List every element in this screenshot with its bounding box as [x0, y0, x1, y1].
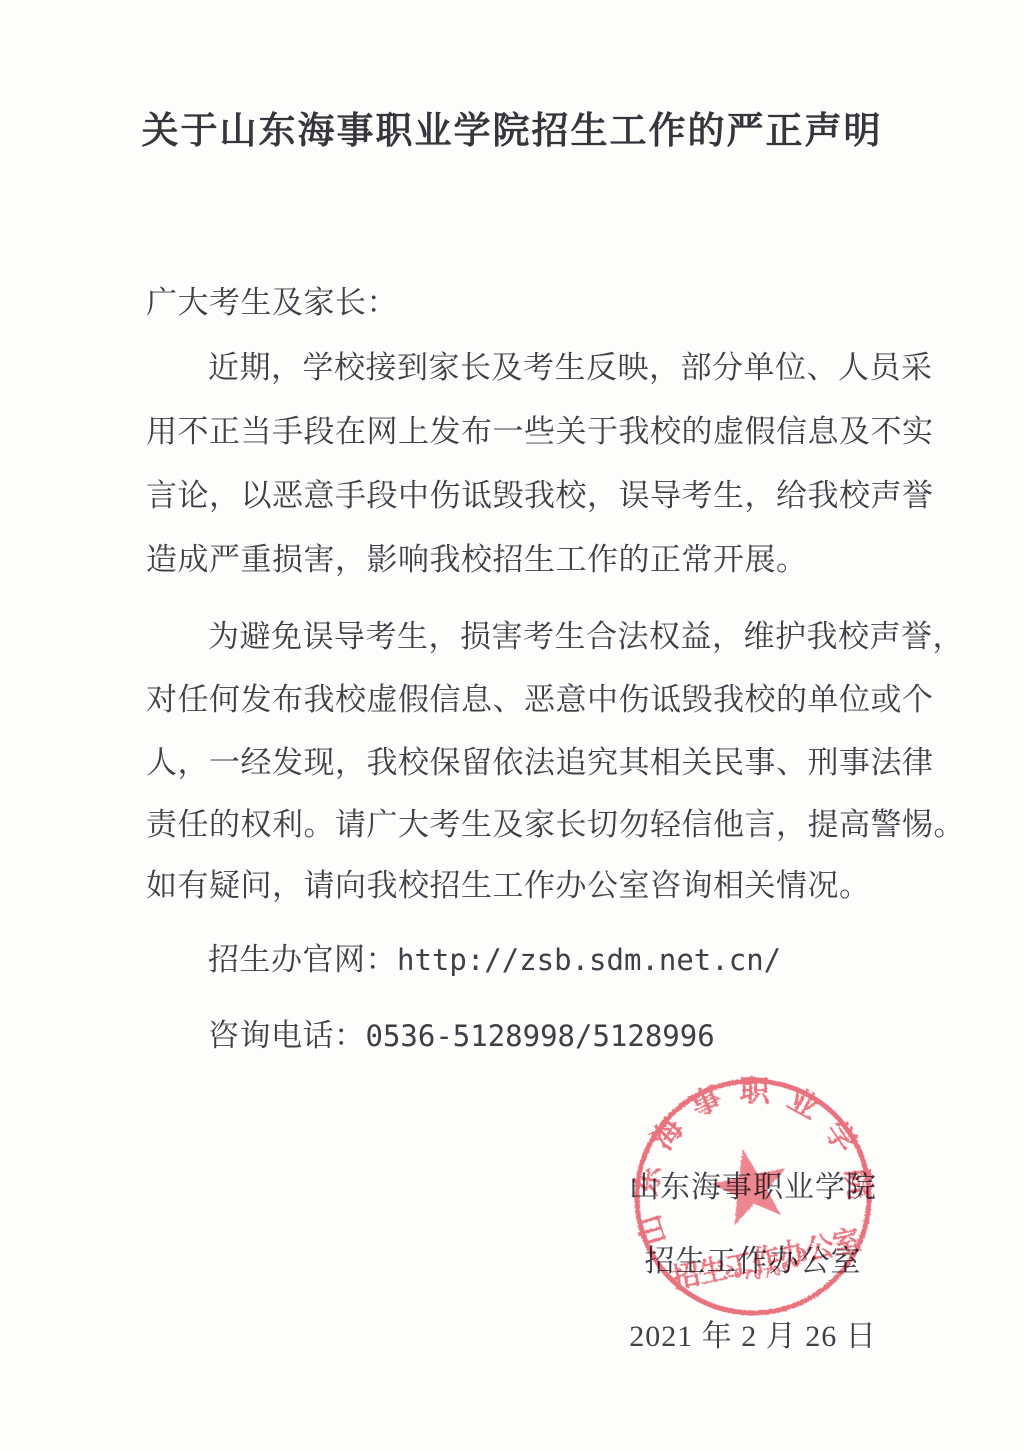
paragraph1-line-4: 造成严重损害，影响我校招生工作的正常开展。: [146, 540, 936, 580]
website-line: 招生办官网：http://zsb.sdm.net.cn/: [208, 940, 998, 980]
paragraph1-line-3: 言论，以恶意手段中伤诋毁我校，误导考生，给我校声誉: [146, 476, 936, 516]
salutation-line: 广大考生及家长：: [146, 283, 936, 323]
seal-artwork: 山东海事职业学院 招生工作办公室 3707070005: [607, 1052, 897, 1336]
document-title: 关于山东海事职业学院招生工作的严正声明: [0, 100, 1024, 154]
website-label: 招生办官网：: [208, 942, 397, 977]
seal-star-icon: [706, 1141, 795, 1228]
paragraph2-line-3: 人，一经发现，我校保留依法追究其相关民事、刑事法律: [146, 743, 936, 783]
paragraph2-line-2: 对任何发布我校虚假信息、恶意中伤诋毁我校的单位或个: [146, 680, 936, 720]
official-seal: 山东海事职业学院 招生工作办公室 3707070005: [605, 1049, 902, 1346]
phone-label: 咨询电话：: [208, 1018, 366, 1053]
phone-number: 0536-5128998/5128996: [366, 1019, 715, 1053]
document-page: 关于山东海事职业学院招生工作的严正声明 广大考生及家长： 近期，学校接到家长及考…: [0, 0, 1024, 1450]
phone-line: 咨询电话：0536-5128998/5128996: [208, 1016, 998, 1056]
paragraph2-line-1: 为避免误导考生，损害考生合法权益，维护我校声誉，: [146, 617, 936, 657]
paragraph1-line-2: 用不正当手段在网上发布一些关于我校的虚假信息及不实: [146, 412, 936, 452]
seal-office-text: 招生工作办公室: [669, 1223, 864, 1295]
paragraph2-line-5: 如有疑问，请向我校招生工作办公室咨询相关情况。: [146, 866, 936, 906]
paragraph1-line-1: 近期，学校接到家长及考生反映，部分单位、人员采: [146, 348, 936, 388]
paragraph2-line-4: 责任的权利。请广大考生及家长切勿轻信他言，提高警惕。: [146, 805, 936, 845]
website-url: http://zsb.sdm.net.cn/: [397, 943, 781, 977]
